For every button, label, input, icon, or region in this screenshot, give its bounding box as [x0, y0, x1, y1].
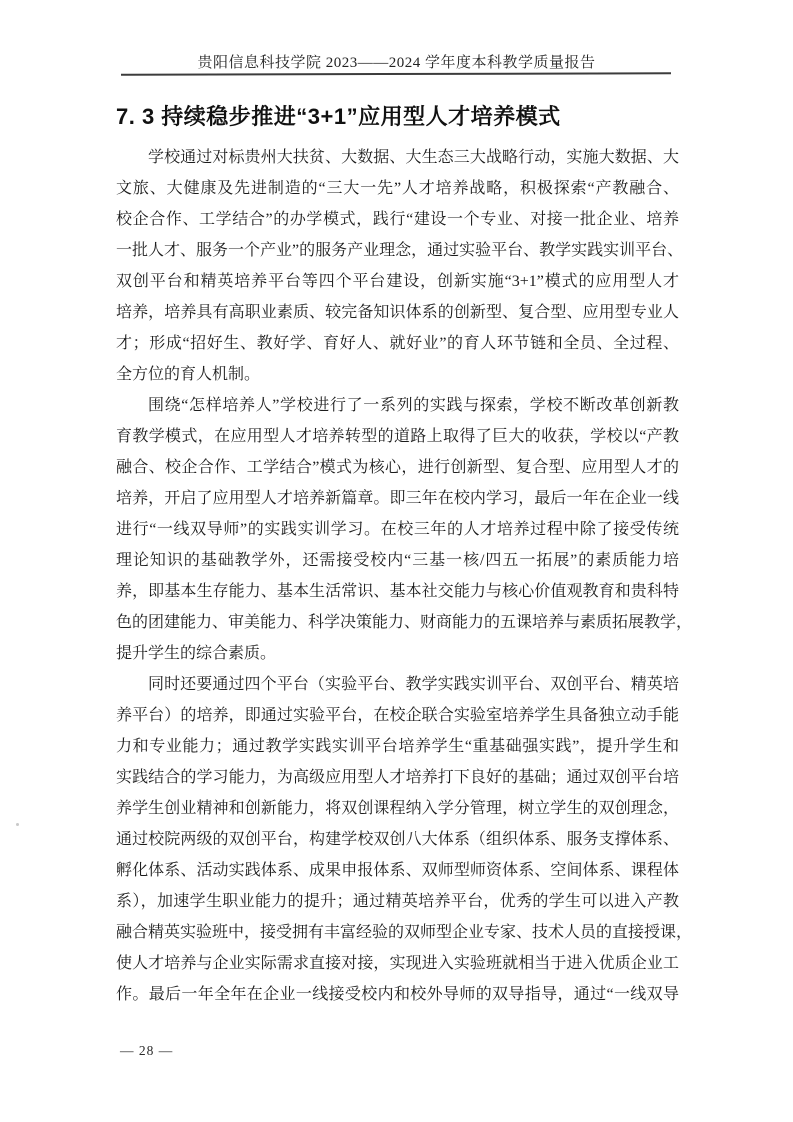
text-line: 融合精英实验班中，接受拥有丰富经验的双师型企业专家、技术人员的直接授课，	[116, 917, 679, 948]
paragraph: 学校通过对标贵州大扶贫、大数据、大生态三大战略行动，实施大数据、大文旅、大健康及…	[116, 142, 679, 390]
text-line: 学校通过对标贵州大扶贫、大数据、大生态三大战略行动，实施大数据、大	[116, 142, 679, 173]
text-line: 一批人才、服务一个产业”的服务产业理念，通过实验平台、教学实践实训平台、	[116, 235, 679, 266]
text-line: 养学生创业精神和创新能力，将双创课程纳入学分管理，树立学生的双创理念，	[116, 793, 679, 824]
text-line: 系），加速学生职业能力的提升；通过精英培养平台，优秀的学生可以进入产教	[116, 886, 679, 917]
text-line: 使人才培养与企业实际需求直接对接，实现进入实验班就相当于进入优质企业工	[116, 948, 679, 979]
header-divider	[121, 72, 671, 75]
text-line: 理论知识的基础教学外，还需接受校内“三基一核/四五一拓展”的素质能力培	[116, 545, 679, 576]
text-line: 校企合作、工学结合”的办学模式，践行“建设一个专业、对接一批企业、培养	[116, 204, 679, 235]
text-line: 色的团建能力、审美能力、科学决策能力、财商能力的五课培养与素质拓展教学，	[116, 607, 679, 638]
text-line: 育教学模式，在应用型人才培养转型的道路上取得了巨大的收获，学校以“产教	[116, 421, 679, 452]
document-page: 贵阳信息科技学院 2023——2024 学年度本科教学质量报告 7. 3 持续稳…	[0, 0, 793, 1122]
text-line: 提升学生的综合素质。	[116, 638, 679, 669]
text-line: 通过校院两级的双创平台，构建学校双创八大体系（组织体系、服务支撑体系、	[116, 824, 679, 855]
text-line: 实践结合的学习能力，为高级应用型人才培养打下良好的基础；通过双创平台培	[116, 762, 679, 793]
section-heading: 7. 3 持续稳步推进“3+1”应用型人才培养模式	[116, 100, 561, 131]
text-line: 作。最后一年全年在企业一线接受校内和校外导师的双导指导，通过“一线双导	[116, 979, 679, 1010]
text-line: 孵化体系、活动实践体系、成果申报体系、双师型师资体系、空间体系、课程体	[116, 855, 679, 886]
text-line: 全方位的育人机制。	[116, 359, 679, 390]
paragraph: 同时还要通过四个平台（实验平台、教学实践实训平台、双创平台、精英培养平台）的培养…	[116, 669, 679, 1010]
page-number: — 28 —	[120, 1043, 173, 1058]
page-header-title: 贵阳信息科技学院 2023——2024 学年度本科教学质量报告	[0, 51, 793, 72]
text-line: 文旅、大健康及先进制造的“三大一先”人才培养战略，积极探索“产教融合、	[116, 173, 679, 204]
text-line: 才；形成“招好生、教好学、育好人、就好业”的育人环节链和全员、全过程、	[116, 328, 679, 359]
page-footer: — 28 —	[120, 1043, 173, 1059]
text-line: 培养，开启了应用型人才培养新篇章。即三年在校内学习，最后一年在企业一线	[116, 483, 679, 514]
text-line: 力和专业能力；通过教学实践实训平台培养学生“重基础强实践”，提升学生和	[116, 731, 679, 762]
text-line: 同时还要通过四个平台（实验平台、教学实践实训平台、双创平台、精英培	[116, 669, 679, 700]
text-line: 融合、校企合作、工学结合”模式为核心，进行创新型、复合型、应用型人才的	[116, 452, 679, 483]
text-line: 进行“一线双导师”的实践实训学习。在校三年的人才培养过程中除了接受传统	[116, 514, 679, 545]
document-body: 学校通过对标贵州大扶贫、大数据、大生态三大战略行动，实施大数据、大文旅、大健康及…	[116, 142, 679, 1010]
text-line: 双创平台和精英培养平台等四个平台建设，创新实施“3+1”模式的应用型人才	[116, 266, 679, 297]
text-line: 养平台）的培养，即通过实验平台，在校企联合实验室培养学生具备独立动手能	[116, 700, 679, 731]
text-line: 围绕“怎样培养人”学校进行了一系列的实践与探索，学校不断改革创新教	[116, 390, 679, 421]
text-line: 养，即基本生存能力、基本生活常识、基本社交能力与核心价值观教育和贵科特	[116, 576, 679, 607]
paragraph: 围绕“怎样培养人”学校进行了一系列的实践与探索，学校不断改革创新教育教学模式，在…	[116, 390, 679, 669]
text-line: 培养，培养具有高职业素质、较完备知识体系的创新型、复合型、应用型专业人	[116, 297, 679, 328]
scan-artifact	[16, 823, 19, 826]
